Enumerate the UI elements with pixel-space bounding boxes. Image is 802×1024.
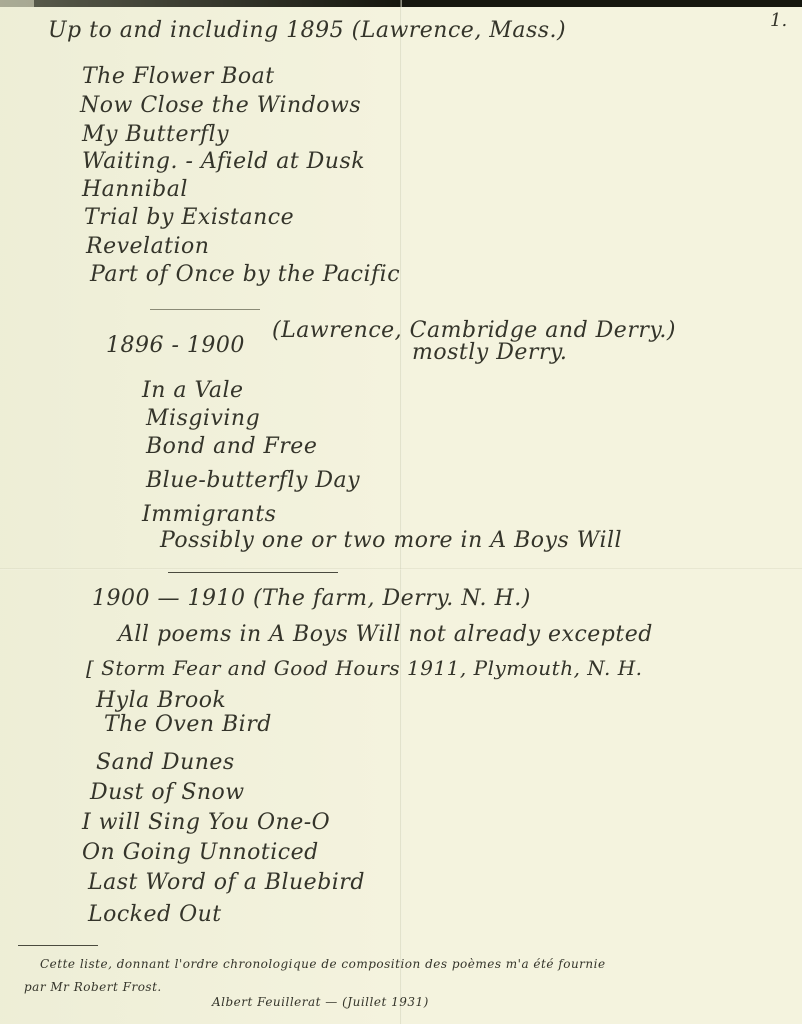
section-2-note-boys-will: Possibly one or two more in A Boys Will	[160, 528, 622, 553]
poem-item: Last Word of a Bluebird	[88, 870, 365, 895]
poem-item: Waiting. - Afield at Dusk	[82, 149, 365, 174]
poem-item: Immigrants	[142, 502, 276, 527]
poem-item: I will Sing You One-O	[82, 810, 330, 835]
poem-item: Revelation	[86, 234, 209, 259]
section-3-bracket-note: [ Storm Fear and Good Hours 1911, Plymou…	[86, 656, 643, 680]
poem-item: Dust of Snow	[90, 780, 245, 805]
section-2-years: 1896 - 1900	[106, 333, 245, 358]
poem-item: Blue-butterfly Day	[146, 468, 360, 493]
poem-item: Part of Once by the Pacific	[90, 262, 400, 287]
poem-item: Misgiving	[146, 406, 260, 431]
poem-item: Hannibal	[82, 177, 188, 202]
footnote-line-2: par Mr Robert Frost.	[24, 980, 162, 994]
poem-item: Bond and Free	[146, 434, 317, 459]
vertical-fold-crease	[400, 0, 402, 1024]
footnote-line-1: Cette liste, donnant l'ordre chronologiq…	[40, 957, 606, 971]
section-3-note: All poems in A Boys Will not already exc…	[118, 622, 653, 647]
poem-item: Hyla Brook	[96, 688, 226, 713]
page-number: 1.	[770, 10, 787, 31]
poem-item: The Oven Bird	[104, 712, 272, 737]
poem-item: In a Vale	[142, 378, 244, 403]
poem-item: Locked Out	[88, 902, 222, 927]
section-2-note: mostly Derry.	[412, 340, 567, 365]
section-divider	[150, 309, 260, 310]
poem-item: The Flower Boat	[82, 64, 275, 89]
poem-item: Sand Dunes	[96, 750, 235, 775]
poem-item: Now Close the Windows	[80, 93, 361, 118]
poem-item: Trial by Existance	[84, 205, 294, 230]
section-divider	[168, 572, 338, 573]
section-3-heading: 1900 — 1910 (The farm, Derry. N. H.)	[92, 586, 531, 611]
footnote-signature: Albert Feuillerat — (Juillet 1931)	[212, 995, 429, 1009]
poem-item: My Butterfly	[82, 122, 229, 147]
section-1-heading: Up to and including 1895 (Lawrence, Mass…	[48, 18, 566, 43]
poem-item: On Going Unnoticed	[82, 840, 319, 865]
horizontal-fold-crease	[0, 568, 802, 570]
footnote-rule	[18, 945, 98, 946]
